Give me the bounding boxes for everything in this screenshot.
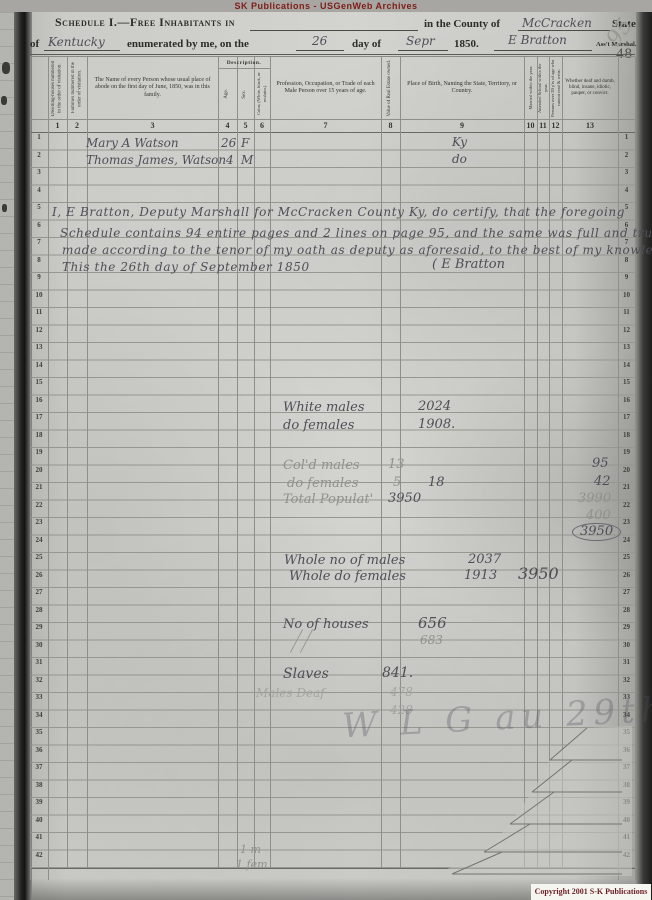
census-page-scan: SK Publications - USGenWeb Archives Sche… [0,0,652,900]
summary-label: do females [283,418,354,433]
row-number: 5 [30,203,48,221]
column-header-text: Attended School within the year. [537,59,549,117]
column-header-color: Color, (White, black, or mulatto.) [254,69,270,119]
summary-value: 13 [388,457,405,472]
column-header-text: Sex. [242,90,249,99]
row-number: 10 [618,291,635,309]
blank-line [44,50,120,51]
row-number: 36 [30,746,48,764]
row-number: 3 [618,168,635,186]
row-number: 35 [30,728,48,746]
row-number: 1 [618,133,635,151]
row-number: 14 [618,361,635,379]
row-number: 9 [618,273,635,291]
certification-line: made according to the tenor of my oath a… [62,243,652,257]
row-number: 11 [30,308,48,326]
row-number: 8 [618,256,635,274]
row-number: 20 [30,466,48,484]
column-header-name: The Name of every Person whose usual pla… [87,57,218,119]
row-number: 17 [618,413,635,431]
row-number: 30 [618,641,635,659]
certification-line: This the 26th day of September 1850 [62,260,310,274]
summary-margin-value: 3990 [578,491,611,506]
state-handwritten: Kentucky [48,35,105,49]
summary-value: 1913 [464,568,497,583]
row-number: 27 [618,588,635,606]
left-row-numbers: 1234567891011121314151617181920212223242… [30,0,48,900]
summary-value: 2024 [418,399,451,414]
marshal-signature: E Bratton [508,33,567,47]
column-header-families: Families numbered in the order of visita… [67,57,87,119]
row-number: 22 [618,501,635,519]
summary-label: No of houses [283,617,369,632]
row-number: 29 [30,623,48,641]
row-number: 28 [618,606,635,624]
entry-name: Mary A Watson [86,136,179,150]
row-number: 28 [30,606,48,624]
summary-margin-value: 42 [594,474,611,489]
summary-value-faint: 478 [390,685,413,699]
summary-label: Slaves [283,666,329,682]
row-number: 19 [30,448,48,466]
column-number: 3 [87,119,218,132]
row-number: 15 [618,378,635,396]
column-header-text: Dwelling-houses numbered in the order of… [51,59,64,117]
row-number: 8 [30,256,48,274]
summary-margin-value: 400 [586,508,611,523]
entry-age: 26 [221,136,236,150]
summary-label: Whole no of males [284,553,405,568]
row-number: 7 [30,238,48,256]
row-number: 18 [618,431,635,449]
row-number: 31 [30,658,48,676]
row-number: 23 [30,518,48,536]
row-number: 19 [618,448,635,466]
row-number: 25 [618,553,635,571]
column-header-condition: Whether deaf and dumb, blind, insane, id… [562,57,618,119]
row-number: 39 [30,798,48,816]
column-header-text: Age. [224,89,231,99]
column-header-text: Whether deaf and dumb, blind, insane, id… [563,79,617,98]
blank-line [398,50,448,51]
row-number: 12 [618,326,635,344]
certification-line: Schedule contains 94 entire pages and 2 … [60,226,652,240]
entry-birthplace: do [452,152,467,166]
row-number: 41 [30,833,48,851]
row-number: 37 [30,763,48,781]
watermark-banner: SK Publications - USGenWeb Archives [0,0,652,12]
summary-value: 18 [428,475,445,490]
entry-sex: F [241,136,249,150]
row-number: 21 [30,483,48,501]
summary-value: 3950 [388,491,421,506]
row-number: 6 [30,221,48,239]
row-number: 10 [30,291,48,309]
entry-age: 4 [226,153,234,167]
column-header-dwellings: Dwelling-houses numbered in the order of… [48,57,67,119]
row-number: 16 [30,396,48,414]
blank-line [494,50,592,51]
row-number: 40 [30,816,48,834]
right-scan-shadow [636,12,652,900]
column-number: 9 [400,119,524,132]
column-header-text: Families numbered in the order of visita… [71,59,84,117]
row-number: 29 [618,623,635,641]
blank-line [518,30,610,31]
year-label: 1850. [454,38,479,50]
copyright-notice: Copyright 2001 S-K Publications [531,884,651,900]
blank-line [296,50,344,51]
column-header-text: Color, (White, black, or mulatto.) [256,70,268,118]
column-header-text: Persons over 20 y'rs of age who cannot r… [550,59,562,117]
summary-value: 1908. [418,417,455,432]
row-number: 34 [30,711,48,729]
column-number: 2 [67,119,87,132]
row-number: 1 [30,133,48,151]
column-number: 4 [218,119,237,132]
row-number: 25 [30,553,48,571]
column-header-real-estate: Value of Real Estate owned. [381,57,400,119]
row-number: 26 [30,571,48,589]
row-number: 20 [618,466,635,484]
day-handwritten: 26 [312,34,327,48]
edge-artifact [2,62,10,74]
row-number: 32 [30,676,48,694]
row-number: 3 [30,168,48,186]
description-group-text: Description. [227,60,262,66]
certification-line: I, E Bratton, Deputy Marshall for McCrac… [52,205,625,219]
column-number: 7 [270,119,381,132]
description-group-label: Description. [218,57,270,68]
row-number: 33 [30,693,48,711]
row-number: 26 [618,571,635,589]
row-number: 42 [30,851,48,869]
row-number: 24 [618,536,635,554]
row-number: 13 [30,343,48,361]
summary-margin-value-circled: 3950 [572,523,621,541]
summary-value: 841. [382,665,413,681]
column-header-text: Profession, Occupation, or Trade of each… [271,81,380,96]
column-number: 5 [237,119,254,132]
row-number: 9 [30,273,48,291]
entry-sex: M [241,153,253,167]
column-header-text: Value of Real Estate owned. [387,60,394,117]
entry-name: Thomas James, Watson [86,153,226,167]
row-number: 22 [30,501,48,519]
row-number: 21 [618,483,635,501]
row-number: 11 [618,308,635,326]
month-handwritten: Sepr [406,34,435,48]
column-number: 11 [537,119,549,132]
row-number: 16 [618,396,635,414]
column-number: 8 [381,119,400,132]
page-corner-fold [432,726,632,876]
column-header-birthplace: Place of Birth, Naming the State, Territ… [400,57,524,119]
column-header-sex: Sex. [237,69,254,119]
summary-label: Whole do females [289,569,406,584]
column-number: 10 [524,119,537,132]
row-number: 14 [30,361,48,379]
row-number: 2 [30,151,48,169]
row-number: 27 [30,588,48,606]
edge-artifact [2,204,7,212]
summary-label: Total Populat' [283,492,373,507]
column-number: 1 [48,119,67,132]
summary-value: 683 [420,633,443,647]
adjacent-page-sliver [0,12,14,900]
row-number: 2 [618,151,635,169]
row-number: 4 [618,186,635,204]
column-header-profession: Profession, Occupation, or Trade of each… [270,57,381,119]
column-header-age: Age. [218,69,237,119]
margin-note: 1 m [240,843,261,856]
county-handwritten: McCracken [522,16,592,30]
row-number: 17 [30,413,48,431]
row-number: 4 [30,186,48,204]
summary-label-faint: Males Deaf [256,686,325,700]
column-number: 12 [549,119,562,132]
column-header-married: Married within the year. [524,57,537,119]
row-number: 31 [618,658,635,676]
blank-line [250,30,418,31]
row-number: 38 [30,781,48,799]
summary-label: Col'd males [283,458,360,473]
row-number: 18 [30,431,48,449]
column-header-text: Place of Birth, Naming the State, Territ… [401,81,523,96]
row-number: 30 [30,641,48,659]
margin-note: 1 fem [236,858,268,871]
schedule-title: Schedule I.—Free Inhabitants in [55,15,235,30]
edge-artifact [1,96,7,105]
summary-label: White males [283,400,365,415]
row-number: 15 [30,378,48,396]
summary-value: 2037 [468,552,501,567]
row-number: 12 [30,326,48,344]
column-header-cannot-read: Persons over 20 y'rs of age who cannot r… [549,57,562,119]
summary-label: do females [287,476,358,491]
summary-value: 3950 [518,564,559,583]
column-number: 6 [254,119,270,132]
column-header-text: Married within the year. [528,66,534,110]
certification-signature: ( E Bratton [432,257,505,272]
summary-value: 656 [418,614,447,632]
entry-birthplace: Ky [452,135,467,149]
row-number: 13 [618,343,635,361]
county-label: in the County of [424,18,500,30]
row-number: 24 [30,536,48,554]
column-number: 13 [562,119,618,132]
column-header-school: Attended School within the year. [537,57,549,119]
enumerated-label: enumerated by me, on the [127,38,249,50]
column-header-text: The Name of every Person whose usual pla… [88,77,217,100]
summary-margin-value: 95 [592,456,609,471]
day-of-label: day of [352,38,381,50]
summary-value: 5 [393,475,401,490]
